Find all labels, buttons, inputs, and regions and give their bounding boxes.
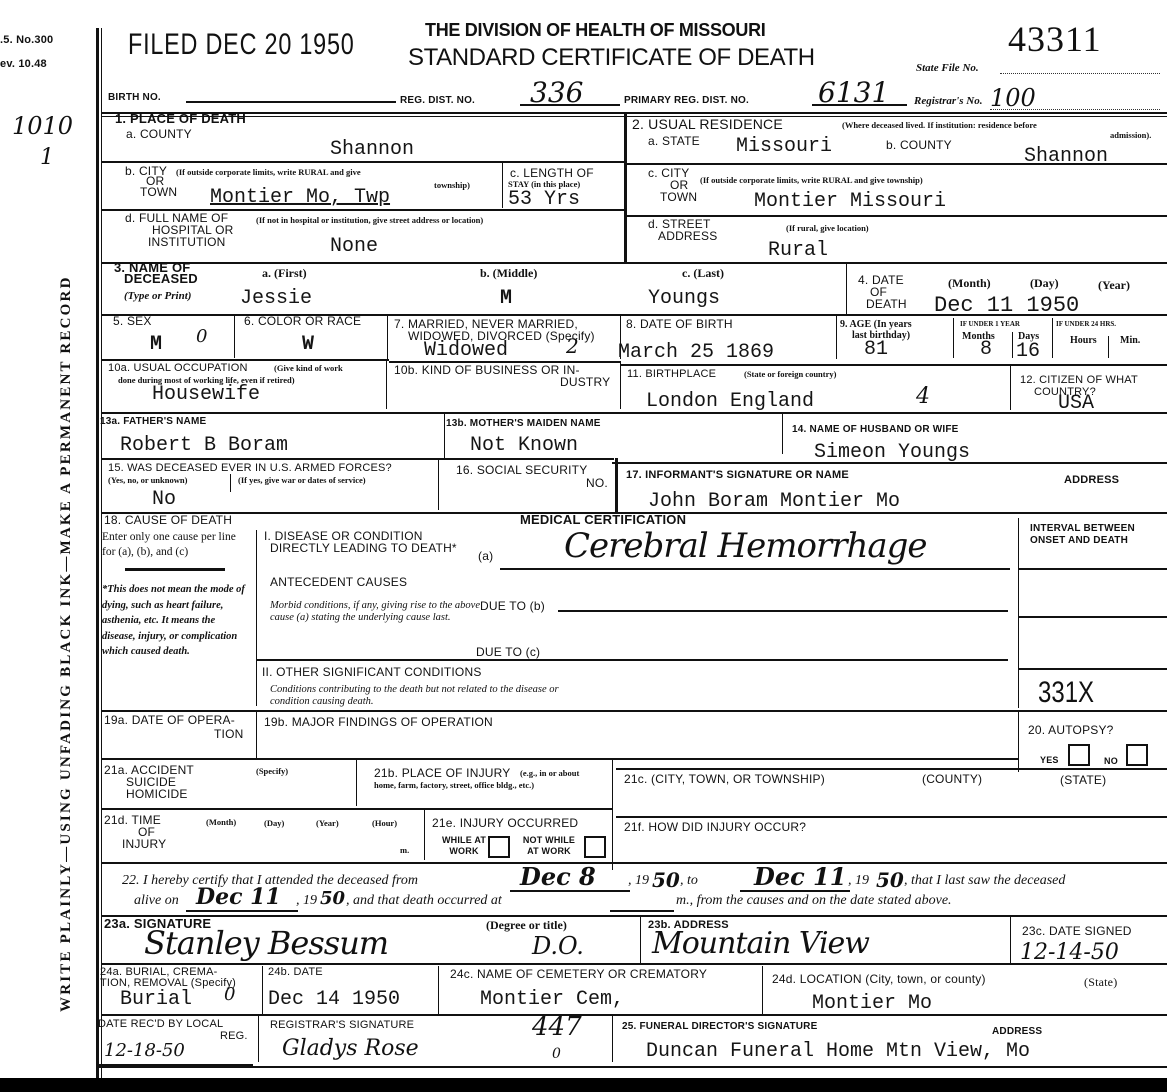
last-name: Youngs — [648, 289, 720, 309]
armed-forces-note: (Yes, no, or unknown) — [108, 476, 187, 485]
state-file-label: State File No. — [916, 62, 979, 74]
form-revision: ev. 10.48 — [0, 58, 47, 70]
registrar-no-value: 100 — [990, 84, 1036, 112]
registrar-signature-label: REGISTRAR'S SIGNATURE — [270, 1019, 414, 1031]
degree-label: (Degree or title) — [486, 918, 567, 933]
cause-code: 331X — [1038, 676, 1094, 710]
operation-date-label: 19a. DATE OF OPERA- — [104, 714, 235, 726]
name-label-3: (Type or Print) — [124, 290, 191, 302]
burial-state-label: (State) — [1084, 976, 1117, 988]
residence-city-note: (If outside corporate limits, write RURA… — [700, 176, 923, 185]
attended-from-year: 50 — [652, 868, 680, 892]
middle-name: M — [500, 289, 512, 309]
sex-label: 5. SEX — [113, 315, 152, 327]
injury-state-label: (STATE) — [1060, 774, 1106, 786]
certificate-title: STANDARD CERTIFICATE OF DEATH — [408, 44, 815, 72]
sex-code: 0 — [196, 326, 207, 347]
from-year-prefix: , 19 — [628, 875, 649, 887]
funeral-director: Duncan Funeral Home Mtn View, Mo — [646, 1042, 1030, 1062]
at-work-checkbox[interactable] — [488, 836, 510, 858]
hours-label: Hours — [1070, 336, 1097, 345]
to-year-prefix: , 19 — [848, 875, 869, 887]
birthplace-code: 4 — [916, 384, 930, 409]
date-of-death: Dec 11 1950 — [934, 296, 1079, 316]
alive-on: Dec 11 — [196, 884, 281, 910]
interval-label: INTERVAL BETWEEN ONSET AND DEATH — [1030, 523, 1150, 547]
injury-county-label: (COUNTY) — [922, 773, 982, 785]
burial-date-label: 24b. DATE — [268, 966, 323, 978]
mother-label: 13b. MOTHER'S MAIDEN NAME — [446, 418, 601, 430]
residence-city: Montier Missouri — [754, 192, 946, 212]
scan-edge — [0, 1078, 1167, 1092]
residence-note-2: admission). — [1110, 131, 1151, 140]
race: W — [302, 335, 314, 355]
informant-label: 17. INFORMANT'S SIGNATURE OR NAME — [626, 469, 849, 481]
spouse-label: 14. NAME OF HUSBAND OR WIFE — [792, 424, 959, 436]
margin-note-2: 1 — [40, 145, 54, 170]
ssn-label: 16. SOCIAL SECURITY — [456, 464, 587, 476]
funeral-address-label: ADDRESS — [992, 1026, 1042, 1038]
at-work-label: WHILE AT WORK — [434, 835, 494, 857]
day-label: (Day) — [1030, 276, 1059, 291]
spouse-name: Simeon Youngs — [814, 443, 970, 463]
alive-year: 50 — [320, 888, 345, 909]
county-of-death: Shannon — [330, 140, 414, 160]
due-to-c-label: DUE TO (c) — [476, 646, 540, 658]
birthplace: London England — [646, 392, 814, 412]
injury-day-label: (Day) — [264, 819, 284, 828]
date-signed: 12-14-50 — [1020, 940, 1119, 965]
date-received: 12-18-50 — [104, 1040, 185, 1061]
attended-to: Dec 11 — [754, 862, 846, 891]
middle-name-label: b. (Middle) — [480, 266, 537, 281]
stay-label: c. LENGTH OF — [510, 167, 594, 179]
city-note: (If outside corporate limits, write RURA… — [176, 168, 361, 177]
injury-year-label: (Year) — [316, 819, 339, 828]
funeral-director-label: 25. FUNERAL DIRECTOR'S SIGNATURE — [622, 1021, 817, 1033]
certify-text-3: m., from the causes and on the date stat… — [676, 895, 952, 907]
attended-from: Dec 8 — [520, 862, 596, 891]
primary-reg-dist-label: PRIMARY REG. DIST. NO. — [624, 95, 749, 107]
residence-title: 2. USUAL RESIDENCE — [632, 118, 783, 130]
place-of-injury-note-2: home, farm, factory, street, office bldg… — [374, 781, 534, 790]
death-occurred-label: , and that death occurred at — [346, 895, 502, 907]
footnote: *This does not mean the mode of dying, s… — [102, 582, 248, 660]
first-name-label: a. (First) — [262, 266, 307, 281]
cemetery: Montier Cem, — [480, 990, 624, 1010]
county-label: a. COUNTY — [126, 128, 192, 140]
age-months: 8 — [980, 340, 992, 360]
under-1yr-label: IF UNDER 1 YEAR — [960, 320, 1020, 329]
attended-to-year: 50 — [876, 868, 904, 892]
antecedent-label: ANTECEDENT CAUSES — [270, 576, 407, 588]
place-of-injury-label: 21b. PLACE OF INJURY — [374, 767, 511, 779]
length-of-stay: 53 Yrs — [508, 190, 580, 210]
autopsy-yes-label: YES — [1040, 754, 1059, 766]
agency-title: THE DIVISION OF HEALTH OF MISSOURI — [425, 20, 765, 41]
operation-findings-label: 19b. MAJOR FINDINGS OF OPERATION — [264, 716, 493, 728]
city-of-death: Montier Mo, Twp — [210, 188, 390, 208]
date-of-birth: March 25 1869 — [618, 343, 774, 363]
injury-time-label-3: INJURY — [122, 838, 166, 850]
alive-on-label: alive on — [134, 895, 179, 907]
birthplace-note: (State or foreign country) — [744, 370, 836, 379]
sex: M — [150, 335, 162, 355]
registrar-no-label: Registrar's No. — [914, 95, 982, 107]
occupation-note: (Give kind of work — [274, 364, 343, 373]
marital-code: 2 — [566, 334, 579, 358]
date-received-label-2: REG. — [220, 1030, 248, 1042]
residence-street-label-2: ADDRESS — [658, 230, 717, 242]
registration-code-2: 0 — [552, 1046, 561, 1062]
dod-label-3: DEATH — [866, 298, 907, 310]
business-label-2: DUSTRY — [560, 376, 610, 388]
homicide-label: HOMICIDE — [126, 788, 188, 800]
first-name: Jessie — [240, 289, 312, 309]
occupation-label: 10a. USUAL OCCUPATION — [108, 362, 248, 374]
last-name-label: c. (Last) — [682, 266, 724, 281]
cause-of-death-label: 18. CAUSE OF DEATH — [104, 514, 232, 526]
registrar-signature: Gladys Rose — [282, 1036, 419, 1061]
residence-county-label: b. COUNTY — [886, 139, 952, 151]
burial-date: Dec 14 1950 — [268, 990, 400, 1010]
father-name: Robert B Boram — [120, 436, 288, 456]
city-note-2: township) — [434, 181, 470, 190]
informant-address-label: ADDRESS — [1064, 474, 1119, 486]
not-at-work-checkbox[interactable] — [584, 836, 606, 858]
residence-street-note: (If rural, give location) — [786, 224, 869, 233]
month-label: (Month) — [948, 276, 991, 291]
under-24h-label: IF UNDER 24 HRS. — [1056, 320, 1116, 329]
age: 81 — [864, 340, 888, 360]
hospital-label-3: INSTITUTION — [148, 236, 226, 248]
morbid-note: Morbid conditions, if any, giving rise t… — [270, 600, 480, 624]
how-injury-label: 21f. HOW DID INJURY OCCUR? — [624, 821, 806, 833]
race-label: 6. COLOR OR RACE — [244, 315, 361, 327]
physician-degree: D.O. — [532, 932, 584, 960]
filed-stamp: FILED DEC 20 1950 — [128, 28, 355, 62]
marital-status: Widowed — [424, 341, 508, 361]
burial-location-label: 24d. LOCATION (City, town, or county) — [772, 973, 986, 985]
residence-state: Missouri — [736, 137, 832, 157]
citizen-label: 12. CITIZEN OF WHAT — [1020, 374, 1138, 386]
autopsy-no-checkbox[interactable] — [1126, 744, 1148, 766]
cause-note: Enter only one cause per line for (a), (… — [102, 530, 252, 560]
date-received-label: DATE REC'D BY LOCAL — [98, 1018, 223, 1030]
autopsy-yes-checkbox[interactable] — [1068, 744, 1090, 766]
autopsy-label: 20. AUTOPSY? — [1028, 724, 1114, 736]
date-signed-label: 23c. DATE SIGNED — [1022, 925, 1132, 937]
min-label: Min. — [1120, 336, 1140, 345]
hospital-name: None — [330, 237, 378, 257]
injury-month-label: (Month) — [206, 818, 236, 827]
physician-address: Mountain View — [652, 926, 869, 961]
injury-city-label: 21c. (CITY, TOWN, OR TOWNSHIP) — [624, 773, 825, 785]
place-of-injury-note: (e.g., in or about — [520, 769, 579, 778]
disease-label-2: DIRECTLY LEADING TO DEATH* — [270, 542, 457, 554]
reg-dist-label: REG. DIST. NO. — [400, 95, 475, 107]
burial-location: Montier Mo — [812, 994, 932, 1014]
specify-note: (Specify) — [256, 767, 288, 776]
place-of-death-title: 1. PLACE OF DEATH — [115, 113, 246, 125]
cause-a: Cerebral Hemorrhage — [564, 526, 927, 566]
other-conditions-label: II. OTHER SIGNIFICANT CONDITIONS — [262, 666, 482, 678]
hospital-note: (If not in hospital or institution, give… — [256, 216, 483, 225]
medical-certification-title: MEDICAL CERTIFICATION — [520, 514, 686, 526]
state-file-number: 43311 — [1008, 18, 1102, 60]
cause-a-label: (a) — [478, 550, 493, 562]
name-label-2: DECEASED — [124, 273, 198, 285]
form-number: .5. No.300 — [0, 34, 53, 46]
autopsy-no-label: NO — [1104, 755, 1118, 767]
dob-label: 8. DATE OF BIRTH — [626, 318, 733, 330]
physician-signature: Stanley Bessum — [144, 924, 388, 962]
residence-street: Rural — [768, 241, 828, 261]
injury-hour-label: (Hour) — [372, 819, 397, 828]
armed-forces: No — [152, 490, 176, 510]
operation-date-label-2: TION — [214, 728, 243, 740]
injury-m-label: m. — [400, 846, 409, 855]
residence-note: (Where deceased lived. If institution: r… — [842, 121, 1037, 130]
city-label-town: TOWN — [140, 186, 177, 198]
father-label: 13a. FATHER'S NAME — [100, 416, 206, 428]
other-conditions-note: Conditions contributing to the death but… — [270, 684, 560, 708]
citizenship: USA — [1058, 394, 1094, 414]
birth-no-label: BIRTH NO. — [108, 92, 161, 104]
ssn-label-2: NO. — [586, 477, 608, 489]
injury-occurred-label: 21e. INJURY OCCURRED — [432, 817, 578, 829]
armed-forces-label: 15. WAS DECEASED EVER IN U.S. ARMED FORC… — [108, 462, 392, 474]
age-label: 9. AGE (In years — [840, 320, 912, 329]
informant: John Boram Montier Mo — [648, 492, 900, 512]
not-at-work-label: NOT WHILE AT WORK — [518, 835, 580, 857]
age-days: 16 — [1016, 342, 1040, 362]
business-label: 10b. KIND OF BUSINESS OR IN- — [394, 364, 580, 376]
armed-forces-note-2: (If yes, give war or dates of service) — [238, 476, 366, 485]
occupation: Housewife — [152, 385, 260, 405]
due-to-b-label: DUE TO (b) — [480, 600, 545, 612]
mother-name: Not Known — [470, 436, 578, 456]
certify-text-2: , that I last saw the deceased — [904, 875, 1065, 887]
alive-year-prefix: , 19 — [296, 895, 317, 907]
cemetery-label: 24c. NAME OF CEMETERY OR CREMATORY — [450, 968, 707, 980]
registration-code: 447 — [532, 1012, 582, 1042]
margin-note: 1010 — [12, 112, 73, 140]
residence-city-label-town: TOWN — [660, 191, 697, 203]
burial-type: Burial — [120, 990, 192, 1010]
birthplace-label: 11. BIRTHPLACE — [627, 368, 716, 380]
residence-state-label: a. STATE — [648, 135, 700, 147]
burial-code: 0 — [224, 984, 235, 1005]
margin-instruction: WRITE PLAINLY—USING UNFADING BLACK INK—M… — [58, 275, 75, 1012]
year-label: (Year) — [1098, 278, 1130, 293]
to-label: , to — [680, 875, 698, 887]
